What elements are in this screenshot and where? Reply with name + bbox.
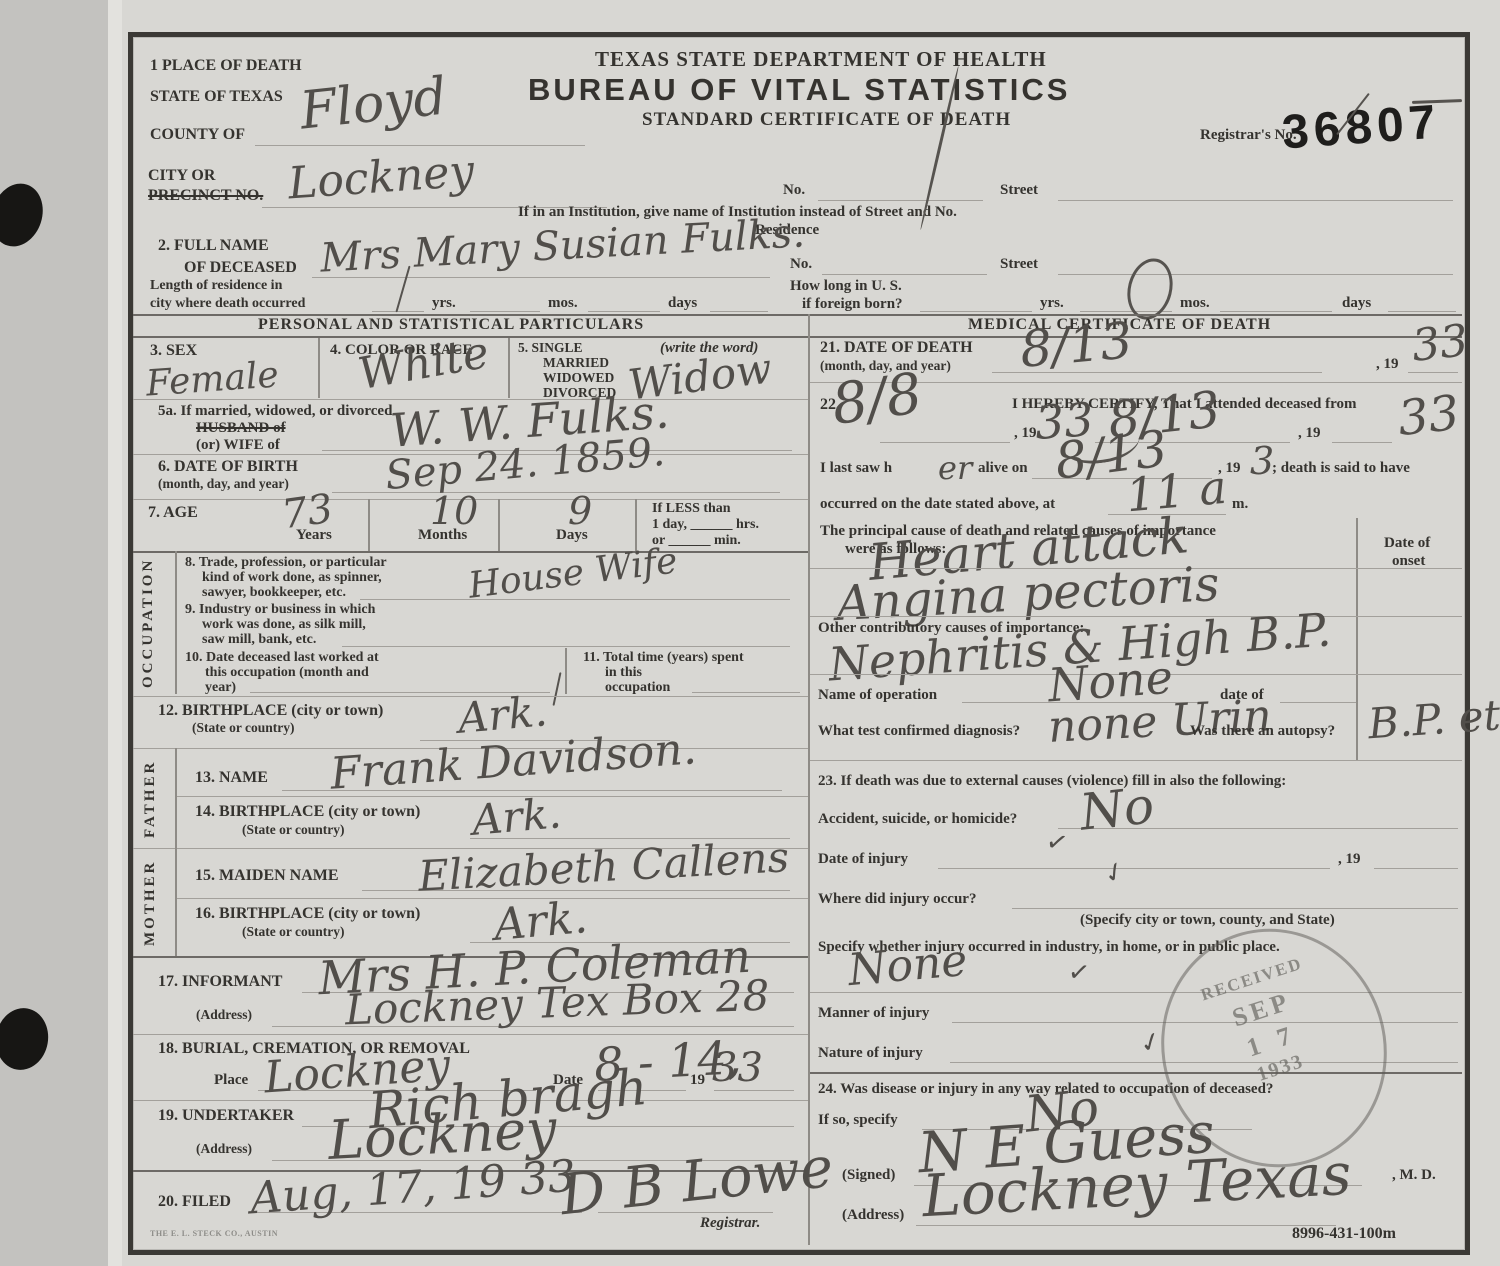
burial-place-label: Place <box>214 1073 248 1089</box>
father-birthplace-value-handwritten: Ark. <box>470 792 563 842</box>
marital-single-label: 5. SINGLE <box>518 341 583 355</box>
county-value-handwritten: Floyd <box>298 70 449 137</box>
street-label-top: Street <box>1000 183 1038 199</box>
accident-label: Accident, suicide, or homicide? <box>818 812 1017 828</box>
trade-label-3: sawyer, bookkeeper, etc. <box>202 586 346 601</box>
signed-label: (Signed) <box>842 1168 895 1184</box>
father-birthplace-label: 14. BIRTHPLACE (city or town) <box>195 804 420 821</box>
undertaker-label: 19. UNDERTAKER <box>158 1108 294 1125</box>
rule-line <box>1356 568 1462 569</box>
age-less-label-2: 1 day, ______ hrs. <box>652 518 759 533</box>
last-worked-label-3: year) <box>205 681 236 696</box>
date-of-death-value-handwritten: 8/13 <box>1018 315 1134 375</box>
age-less-label-1: If LESS than <box>652 502 731 517</box>
registrar-sig-label: Registrar. <box>700 1216 760 1232</box>
personal-band-title: PERSONAL AND STATISTICAL PARTICULARS <box>258 317 644 334</box>
burial-year-value-handwritten: 33 <box>712 1048 763 1088</box>
rule-line <box>818 200 983 201</box>
dod-year-value-handwritten: 33 <box>1410 319 1470 369</box>
last-saw-her-handwritten: er <box>938 452 972 484</box>
where-injury-note: (Specify city or town, county, and State… <box>1080 913 1335 929</box>
if-so-specify-label: If so, specify <box>818 1113 898 1129</box>
yrs-label: yrs. <box>432 296 456 312</box>
rule-line <box>133 551 808 553</box>
full-name-label-1: 2. FULL NAME <box>158 238 269 255</box>
external-causes-label: 23. If death was due to external causes … <box>818 774 1286 790</box>
occurred-text-1: occurred on the date stated above, at <box>820 497 1055 513</box>
date-of-death-label: 21. DATE OF DEATH <box>820 340 973 357</box>
mother-vertical-label: MOTHER <box>142 858 159 948</box>
father-vertical-label: FATHER <box>142 756 159 842</box>
rule-line <box>1388 311 1456 312</box>
last-saw-text-3: ; death is said to have <box>1272 461 1410 477</box>
last-worked-label-2: this occupation (month and <box>205 666 369 681</box>
full-name-label-2: OF DECEASED <box>184 260 297 277</box>
age-days-value: 9 <box>568 492 592 530</box>
place-of-death-label: 1 PLACE OF DEATH <box>150 58 302 75</box>
operation-label: Name of operation <box>818 688 937 704</box>
form-number: 8996-431-100m <box>1292 1226 1396 1243</box>
marital-married-label: MARRIED <box>543 356 609 370</box>
cell-divider <box>508 338 510 398</box>
no-label-top: No. <box>783 183 805 199</box>
marital-widowed-label: WIDOWED <box>543 371 614 385</box>
occupation-strip-divider <box>175 551 177 694</box>
father-birthplace-sublabel: (State or country) <box>242 823 344 837</box>
occupation-vertical-label: OCCUPATION <box>140 560 157 688</box>
autopsy-value-handwritten: B.P. etc <box>1367 693 1500 746</box>
city-value-handwritten: Lockney <box>287 150 476 207</box>
county-label: COUNTY OF <box>150 127 245 144</box>
md-label: , M. D. <box>1392 1168 1436 1184</box>
informant-label: 17. INFORMANT <box>158 974 282 991</box>
scanned-death-certificate: 1 PLACE OF DEATH STATE OF TEXAS COUNTY O… <box>0 0 1500 1266</box>
manner-of-injury-label: Manner of injury <box>818 1006 929 1022</box>
cell-divider <box>635 499 637 551</box>
total-time-label-1: 11. Total time (years) spent <box>583 651 744 666</box>
punch-hole-top <box>0 177 51 253</box>
cell-divider <box>498 499 500 551</box>
age-days-label: Days <box>556 528 588 544</box>
state-of-texas-label: STATE OF TEXAS <box>150 89 283 106</box>
rule-line <box>1356 616 1462 617</box>
last-saw-text-1: I last saw h <box>820 461 892 477</box>
how-long-us-label-1: How long in U. S. <box>790 279 902 295</box>
rule-line <box>360 599 790 600</box>
checkmark: ✓ <box>1066 959 1091 988</box>
autopsy-label: Was there an autopsy? <box>1190 724 1335 740</box>
rule-line <box>692 692 800 693</box>
accident-value-handwritten: No <box>1078 780 1157 837</box>
yrs-label-us: yrs. <box>1040 296 1064 312</box>
total-time-label-3: occupation <box>605 681 670 696</box>
wife-of-label: (or) WIFE of <box>196 438 280 454</box>
father-name-label: 13. NAME <box>195 770 268 787</box>
age-years-label: Years <box>296 528 332 544</box>
sex-value-handwritten: Female <box>145 357 280 402</box>
rule-line <box>920 311 1032 312</box>
dod-year-printed: , 19 <box>1376 357 1399 373</box>
sex-label: 3. SEX <box>150 343 197 360</box>
bureau-title: BUREAU OF VITAL STATISTICS <box>528 74 1070 107</box>
informant-address-label: (Address) <box>196 1008 252 1022</box>
birthplace-value-handwritten: Ark. <box>456 690 549 740</box>
rule-line <box>710 311 768 312</box>
punch-hole-bottom <box>0 1004 53 1074</box>
rule-line <box>342 646 790 647</box>
column-divider <box>808 314 810 1245</box>
rule-line <box>938 868 1330 869</box>
standard-certificate-title: STANDARD CERTIFICATE OF DEATH <box>642 110 1011 130</box>
rule-line <box>1058 274 1453 275</box>
cell-divider <box>565 648 567 694</box>
date-of-injury-label: Date of injury <box>818 852 908 868</box>
industry-label-3: saw mill, bank, etc. <box>202 633 316 648</box>
nature-of-injury-label: Nature of injury <box>818 1046 923 1062</box>
last-saw-year-value-handwritten: 3 <box>1250 442 1274 480</box>
mother-maiden-name-label: 15. MAIDEN NAME <box>195 868 339 885</box>
mother-strip-divider <box>175 848 177 956</box>
how-long-us-label-2: if foreign born? <box>802 297 903 313</box>
attended-from-value-handwritten: 8/8 <box>829 366 926 434</box>
onset-column-divider <box>1356 518 1358 760</box>
rule-line <box>1220 311 1332 312</box>
department-title: TEXAS STATE DEPARTMENT OF HEALTH <box>595 48 1047 70</box>
city-or-label: CITY OR <box>148 168 215 185</box>
rule-line <box>1280 702 1356 703</box>
trade-label-2: kind of work done, as spinner, <box>202 571 382 586</box>
certify-year1-printed: , 19 <box>1014 426 1037 442</box>
rule-line <box>1356 674 1462 675</box>
undertaker-address-label: (Address) <box>196 1142 252 1156</box>
burial-year-printed: 19 <box>690 1073 705 1089</box>
street-label-name-row: Street <box>1000 257 1038 273</box>
age-months-value: 10 <box>430 492 478 530</box>
birthplace-sublabel: (State or country) <box>192 721 294 735</box>
certify-year2-value-handwritten: 33 <box>1396 389 1462 443</box>
rule-line <box>372 311 424 312</box>
husband-of-label: HUSBAND of <box>196 421 286 437</box>
rule-line <box>880 442 1010 443</box>
certify-year2-printed: , 19 <box>1298 426 1321 442</box>
husband-wife-label: 5a. If married, widowed, or divorced <box>158 404 392 420</box>
no-label-name-row: No. <box>790 257 812 273</box>
rule-line <box>1374 868 1458 869</box>
test-confirmed-value-handwritten: none Urin <box>1047 694 1273 750</box>
where-injury-label: Where did injury occur? <box>818 892 976 908</box>
rule-line <box>822 274 987 275</box>
mother-birthplace-label: 16. BIRTHPLACE (city or town) <box>195 906 420 923</box>
date-of-birth-label: 6. DATE OF BIRTH <box>158 459 298 476</box>
days-label: days <box>668 296 697 312</box>
rule-line <box>1012 908 1458 909</box>
date-of-birth-sublabel: (month, day, and year) <box>158 477 289 491</box>
last-saw-text-2: alive on <box>978 461 1028 477</box>
mos-label-us: mos. <box>1180 296 1210 312</box>
rule-line <box>470 311 540 312</box>
trade-label-1: 8. Trade, profession, or particular <box>185 556 387 571</box>
rule-line <box>1408 372 1458 373</box>
birthplace-label: 12. BIRTHPLACE (city or town) <box>158 703 383 720</box>
last-worked-label-1: 10. Date deceased last worked at <box>185 651 379 666</box>
filed-label: 20. FILED <box>158 1194 231 1211</box>
rule-line <box>133 336 1462 338</box>
age-label: 7. AGE <box>148 505 198 522</box>
cell-divider <box>318 338 320 398</box>
industry-label-1: 9. Industry or business in which <box>185 603 375 618</box>
rule-line <box>588 311 660 312</box>
total-time-label-2: in this <box>605 666 642 681</box>
length-residence-label-2: city where death occurred <box>150 297 305 312</box>
age-months-label: Months <box>418 528 467 544</box>
rule-line <box>1058 200 1453 201</box>
date-of-onset-label-1: Date of <box>1384 536 1430 552</box>
father-strip-divider <box>175 748 177 848</box>
printer-note: THE E. L. STECK CO., AUSTIN <box>150 1230 278 1238</box>
specify-injury-value-handwritten: None <box>846 939 969 993</box>
test-confirmed-label: What test confirmed diagnosis? <box>818 724 1020 740</box>
rule-line <box>177 898 808 899</box>
cell-divider <box>368 499 370 551</box>
industry-label-2: work was done, as silk mill, <box>202 618 366 633</box>
rule-line <box>810 760 1462 761</box>
occurred-text-2: m. <box>1232 497 1248 513</box>
physician-address-label: (Address) <box>842 1208 904 1224</box>
date-of-injury-year-printed: , 19 <box>1338 852 1361 868</box>
mos-label: mos. <box>548 296 578 312</box>
rule-line <box>1332 442 1392 443</box>
precinct-no-label: PRECINCT NO. <box>148 188 263 205</box>
rule-line <box>255 145 585 146</box>
mother-birthplace-sublabel: (State or country) <box>242 925 344 939</box>
length-residence-label-1: Length of residence in <box>150 279 282 294</box>
days-label-us: days <box>1342 296 1371 312</box>
